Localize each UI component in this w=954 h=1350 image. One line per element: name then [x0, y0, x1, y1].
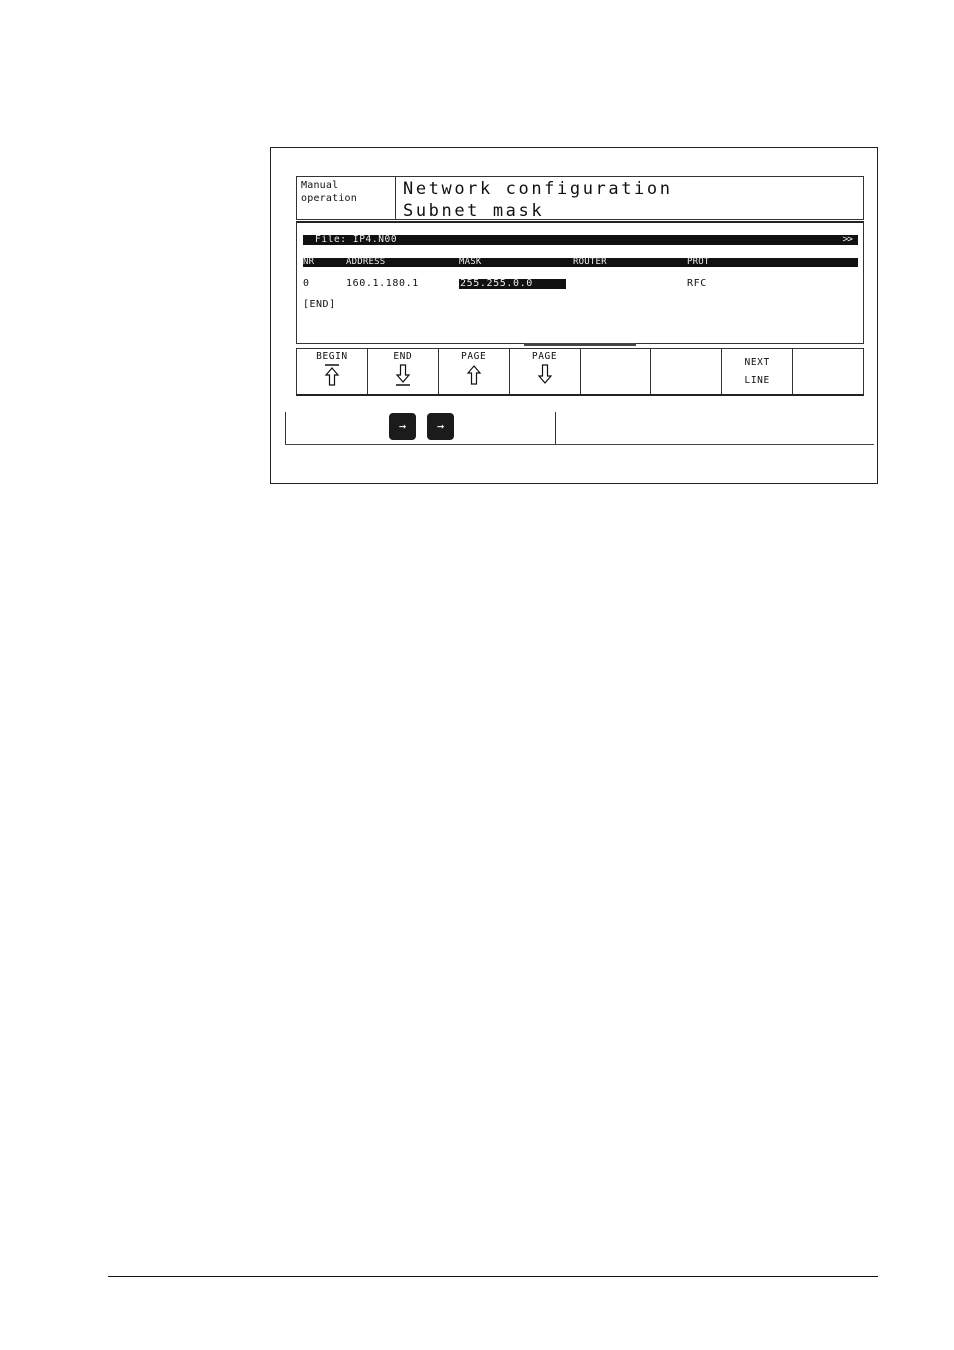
column-header-router: ROUTER — [573, 258, 607, 267]
divider — [285, 444, 874, 445]
mode-line-1: Manual — [301, 179, 395, 192]
column-header-mask: MASK — [459, 258, 481, 267]
softkey-begin[interactable]: BEGIN — [297, 349, 368, 394]
divider — [555, 412, 556, 444]
more-columns-indicator[interactable]: >> — [843, 235, 852, 245]
arrow-down-to-bottom-icon — [395, 364, 411, 386]
softkey-next-line[interactable]: NEXT LINE — [722, 349, 793, 394]
softkey-label: BEGIN — [297, 351, 367, 362]
softkey-label: END — [368, 351, 438, 362]
arrow-up-icon — [466, 364, 482, 386]
column-header-address: ADDRESS — [346, 258, 385, 267]
horizontal-scrollbar[interactable] — [524, 343, 636, 346]
cell-address[interactable]: 160.1.180.1 — [346, 278, 419, 290]
screen-title: Network configuration Subnet mask — [396, 177, 863, 219]
file-bar: File: IP4.N00 >> — [303, 235, 858, 245]
softkey-empty-6[interactable] — [651, 349, 722, 394]
softkey-label: PAGE — [439, 351, 509, 362]
operating-mode: Manual operation — [297, 177, 396, 219]
cell-mask-selected[interactable]: 255.255.0.0 — [459, 279, 566, 289]
arrow-right-key-icon[interactable]: → — [427, 413, 454, 440]
arrow-up-to-top-icon — [324, 364, 340, 386]
title-line-1: Network configuration — [403, 178, 863, 200]
softkey-end[interactable]: END — [368, 349, 439, 394]
divider — [285, 412, 286, 444]
column-header-nr: NR — [303, 258, 314, 267]
softkey-bar: BEGIN END PAGE PAGE — [296, 348, 864, 396]
softkey-page-up[interactable]: PAGE — [439, 349, 510, 394]
end-marker: [END] — [303, 299, 336, 311]
cell-nr[interactable]: 0 — [303, 278, 310, 290]
column-header-prot: PROT — [687, 258, 709, 267]
screen-header: Manual operation Network configuration S… — [296, 176, 864, 220]
cell-prot[interactable]: RFC — [687, 278, 707, 290]
table-header: NR ADDRESS MASK ROUTER PROT — [303, 258, 858, 267]
table-area: File: IP4.N00 >> NR ADDRESS MASK ROUTER … — [296, 221, 864, 344]
softkey-label-2: LINE — [722, 375, 792, 386]
key-sequence: → → — [285, 410, 875, 445]
footer-rule — [108, 1276, 878, 1277]
softkey-page-down[interactable]: PAGE — [510, 349, 581, 394]
arrow-right-key-icon[interactable]: → — [389, 413, 416, 440]
arrow-down-icon — [537, 364, 553, 386]
file-name: File: IP4.N00 — [315, 235, 397, 245]
title-line-2: Subnet mask — [403, 200, 863, 222]
softkey-label: PAGE — [510, 351, 580, 362]
control-screen: Manual operation Network configuration S… — [296, 176, 864, 396]
mode-line-2: operation — [301, 192, 395, 205]
softkey-label: NEXT — [722, 357, 792, 368]
table-row[interactable]: 0 160.1.180.1 255.255.0.0 RFC — [303, 278, 858, 290]
softkey-empty-8[interactable] — [793, 349, 863, 394]
softkey-empty-5[interactable] — [581, 349, 652, 394]
